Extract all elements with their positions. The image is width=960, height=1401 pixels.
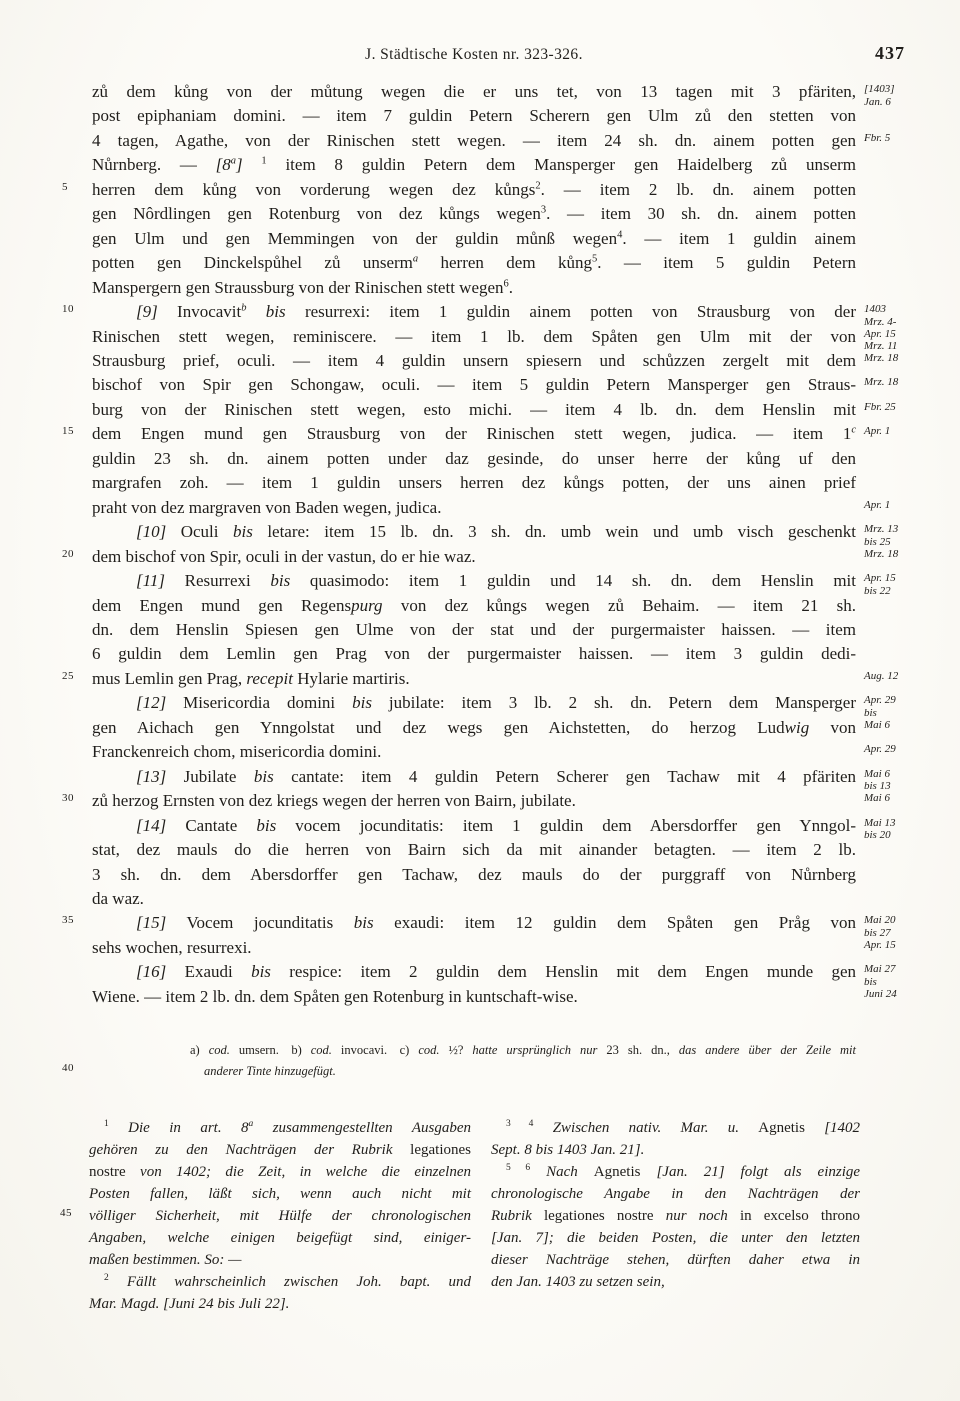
text-line: Apr. 15bis 22[11] Resurrexi bis quasimod… [92,569,856,593]
margin-date-note: Fbr. 5 [864,132,960,145]
text-segment: resurrexi: item 1 guldin ainem potten vo… [286,302,856,321]
text-line: Mrz. 13bis 25[10] Oculi bis letare: item… [92,520,856,544]
margin-date-note: Apr. 1 [864,499,960,512]
text-line: a) cod. umsern. b) cod. invocavi. c) cod… [190,1040,856,1061]
text-line: potten gen Dinckelspůhel zů unserma herr… [92,251,856,275]
text-segment: Cantate [166,816,256,835]
text-segment: [9] [136,302,158,321]
text-line: Apr. 29bis[12] Misericordia domini bis j… [92,691,856,715]
text-segment: Manspergern gen Straussburg von der Rini… [92,278,504,297]
text-line: post epiphaniam domini. — item 7 guldin … [92,104,856,128]
line-number: 5 [62,182,68,193]
text-line: gen Ulm und gen Memmingen von der guldin… [92,227,856,251]
text-line: 3 4 Zwischen nativ. Mar. u. Agnetis [140… [491,1117,860,1139]
text-line: Mrz. 18Strausburg prief, oculi. — item 4… [92,349,856,373]
text-segment: [10] [136,522,166,541]
text-segment: bis [266,302,286,321]
text-line: gen Nôrdlingen gen Rotenburg von dez kůn… [92,202,856,226]
text-segment: [15] [136,913,166,932]
book-page: J. Städtische Kosten nr. 323-326. 437 [1… [0,0,960,1401]
footnote-column-right: 3 4 Zwischen nativ. Mar. u. Agnetis [140… [491,1117,860,1293]
footnote-reference: c [851,425,856,436]
text-segment: quasimodo: item 1 guldin und 14 sh. dn. … [290,571,856,590]
margin-date-line: Mrz. 18 [864,376,960,389]
text-segment: dem Engen mund gen Strausburg von der Ri… [92,424,851,443]
margin-date-note: Mai 20bis 27 [864,914,960,940]
text-segment: stat, dez mauls do die herren von Bairn … [92,840,856,859]
text-line: margrafen zoh. — item 1 guldin unsers he… [92,471,856,495]
text-line: 2 Fällt wahrscheinlich zwischen Joh. bap… [89,1271,471,1293]
text-line: Mai 6gen Aichach gen Ynngolstat und dez … [92,716,856,740]
text-line: Mar. Magd. [Juni 24 bis Juli 22]. [89,1293,471,1315]
text-segment: [16] [136,962,166,981]
margin-date-line: Mai 13 [864,817,960,830]
line-number: 10 [62,304,74,315]
text-segment: Mar. Magd. [Juni 24 bis Juli 22]. [89,1296,289,1312]
margin-date-note: 1403Mrz. 4- [864,303,960,329]
text-line: Mai 6bis 13[13] Jubilate bis cantate: it… [92,765,856,789]
line-number: 15 [62,426,74,437]
text-segment: umsern. b) [230,1043,311,1057]
text-segment: [14] [136,816,166,835]
text-segment: Angaben, welche einigen beigefügt sind, … [89,1230,471,1246]
text-line: 35Mai 20bis 27[15] Vocem jocunditatis bi… [92,911,856,935]
text-segment: a) [190,1043,209,1057]
text-segment: guldin 23 sh. dn. ainem potten under daz… [92,449,856,468]
text-segment: zusammengestellten Ausgaben [253,1120,471,1136]
text-segment: Jubilate [166,767,254,786]
margin-date-line: bis 22 [864,585,960,598]
margin-date-note: Mrz. 13bis 25 [864,523,960,549]
text-segment: Zwischen nativ. Mar. u. [553,1120,759,1136]
margin-date-line: Mrz. 18 [864,548,960,561]
text-segment: Wiene. — item 2 lb. dn. dem Spåten gen R… [92,987,578,1006]
text-line: 5herren dem kůng von vorderung wegen dez… [92,178,856,202]
text-segment: in excelso throno [740,1208,860,1224]
text-segment: Agnetis [758,1120,824,1136]
footnote-reference: 3 4 [506,1119,533,1129]
text-segment: 6 guldin dem Lemlin gen Prag von der pur… [92,644,856,663]
text-segment: herren dem kůng [418,253,592,272]
text-segment: Strausburg prief, oculi. — item 4 guldin… [92,351,856,370]
margin-date-note: Apr. 1 [864,425,960,438]
text-line: Fbr. 25burg von der Rinischen stett wege… [92,398,856,422]
text-line: 40anderer Tinte hinzugefügt. [190,1061,856,1082]
text-segment: völliger Sicherheit, mit Hülfe der chron… [89,1208,471,1224]
line-number: 20 [62,549,74,560]
margin-date-note: Mrz. 18 [864,352,960,365]
text-line: dieser Nachträge stehen, dürften daher e… [491,1249,860,1271]
text-segment: [1402 [824,1120,860,1136]
text-segment: [13] [136,767,166,786]
text-segment: cantate: item 4 guldin Petern Scherer ge… [274,767,856,786]
text-line: dn. dem Henslin Spiesen gen Ulme von der… [92,618,856,642]
text-segment: anderer Tinte hinzugefügt. [204,1064,336,1078]
text-segment: Resurrexi [165,571,270,590]
text-segment: [8 [216,155,231,174]
text-segment: cod. [311,1043,332,1057]
text-line: Fbr. 54 tagen, Agathe, von der Rinischen… [92,129,856,153]
text-segment: [11] [136,571,165,590]
text-line: maßen bestimmen. So: — [89,1249,471,1271]
margin-date-line: Juni 24 [864,988,960,1001]
text-line: 5 6 Nach Agnetis [Jan. 21] folgt als ein… [491,1161,860,1183]
text-segment: Rinischen stett wegen, reminiscere. — it… [92,327,856,346]
text-segment: mus Lemlin gen Prag, [92,669,246,688]
text-segment: Invocavit [158,302,242,321]
text-segment: das andere über der Zeile mit [679,1043,856,1057]
text-segment: bis [256,816,276,835]
text-segment: chronologische Angabe in den Nachträgen … [491,1186,860,1202]
margin-date-line: Apr. 1 [864,499,960,512]
text-segment: exaudi: item 12 guldin dem Spåten gen Pr… [374,913,856,932]
text-line: 101403Mrz. 4-[9] Invocavitb bis resurrex… [92,300,856,324]
text-segment: sehs wochen, resurrexi. [92,938,252,957]
text-segment: [Jan. 21] folgt als einzige [656,1164,860,1180]
margin-date-line: [1403] [864,83,960,96]
running-title: J. Städtische Kosten nr. 323-326. [92,46,856,64]
text-line: Apr. 15Mrz. 11Rinischen stett wegen, rem… [92,325,856,349]
text-line: Apr. 1praht von dez margraven von Baden … [92,496,856,520]
margin-date-note: Mrz. 18 [864,376,960,389]
text-segment: recepit [246,669,293,688]
text-segment: dn. dem Henslin Spiesen gen Ulme von der… [92,620,856,639]
margin-date-line: Mai 20 [864,914,960,927]
margin-date-note: Aug. 12 [864,670,960,683]
text-line: den Jan. 1403 zu setzen sein, [491,1271,860,1293]
text-segment: legationes [410,1142,471,1158]
page-number: 437 [875,43,905,64]
text-segment: von 1402; die Zeit, in welche die einzel… [140,1164,471,1180]
text-line: Sept. 8 bis 1403 Jan. 21]. [491,1139,860,1161]
text-line: 20Mrz. 18dem bischof von Spir, oculi in … [92,545,856,569]
margin-date-note: Apr. 15Mrz. 11 [864,328,960,354]
text-segment: gehören zu den Nachträgen der Rubrik [89,1142,410,1158]
text-segment: [12] [136,693,166,712]
margin-date-line: Apr. 15 [864,328,960,341]
text-line: Juni 24Wiene. — item 2 lb. dn. dem Spåte… [92,985,856,1009]
text-segment: invocavi. c) [332,1043,418,1057]
text-segment: den Jan. 1403 zu setzen sein, [491,1274,665,1290]
text-line: Apr. 15sehs wochen, resurrexi. [92,936,856,960]
text-segment: item 8 guldin Petern dem Mansperger gen … [267,155,856,174]
text-segment [533,1120,552,1136]
margin-date-line: Aug. 12 [864,670,960,683]
margin-date-note: [1403]Jan. 6 [864,83,960,109]
margin-date-line: Apr. 29 [864,694,960,707]
text-line: stat, dez mauls do die herren von Bairn … [92,838,856,862]
text-segment: wig [785,718,810,737]
text-segment: herren dem kůng von vorderung wegen dez … [92,180,535,199]
text-segment: letare: item 15 lb. dn. 3 sh. dn. umb we… [253,522,856,541]
text-line: Posten fallen, läßt sich, wenn auch nich… [89,1183,471,1205]
line-number: 35 [62,915,74,926]
line-number: 30 [62,793,74,804]
text-segment: bis [254,767,274,786]
text-segment: praht von dez margraven von Baden wegen,… [92,498,441,517]
text-line: Mai 13bis 20[14] Cantate bis vocem jocun… [92,814,856,838]
text-segment: gen Aichach gen Ynngolstat und dez wegs … [92,718,785,737]
margin-date-line: Mai 27 [864,963,960,976]
text-segment: Agnetis [594,1164,657,1180]
text-segment: bis [270,571,290,590]
text-line: da waz. [92,887,856,911]
text-line: 6 guldin dem Lemlin gen Prag von der pur… [92,642,856,666]
text-segment: bis [352,693,372,712]
text-segment: bischof von Spir gen Schongaw, oculi. — … [92,375,856,394]
text-line: Apr. 29Franckenreich chom, misericordia … [92,740,856,764]
text-line: 1 Die in art. 8a zusammengestellten Ausg… [89,1117,471,1139]
margin-date-line: Fbr. 25 [864,401,960,414]
text-segment: Vocem jocunditatis [166,913,354,932]
text-segment: Oculi [166,522,233,541]
text-segment: burg von der Rinischen stett wegen, esto… [92,400,856,419]
margin-date-line: Mai 6 [864,719,960,732]
text-segment: bis [251,962,271,981]
margin-date-line: Mrz. 13 [864,523,960,536]
text-segment: nostre [89,1164,140,1180]
text-line: dem Engen mund gen Regenspurg von dez ků… [92,594,856,618]
text-segment: margrafen zoh. — item 1 guldin unsers he… [92,473,856,492]
line-number: 25 [62,671,74,682]
text-line: Mai 27bis[16] Exaudi bis respice: item 2… [92,960,856,984]
text-segment: legationes nostre [544,1208,666,1224]
text-line: chronologische Angabe in den Nachträgen … [491,1183,860,1205]
text-line: 30Mai 6zů herzog Ernsten von dez kriegs … [92,789,856,813]
text-segment: dem bischof von Spir, oculi in der vastu… [92,547,476,566]
text-segment: zů herzog Ernsten von dez kriegs wegen d… [92,791,576,810]
margin-date-line: 1403 [864,303,960,316]
margin-date-line: Apr. 29 [864,743,960,756]
text-segment: 3 sh. dn. dem Abersdorffer gen Tachaw, d… [92,865,856,884]
text-line: [1403]Jan. 6zů dem kůng von der můtung w… [92,80,856,104]
text-segment [243,155,262,174]
text-segment: gen Ulm und gen Memmingen von der guldin… [92,229,617,248]
text-segment: respice: item 2 guldin dem Henslin mit d… [271,962,856,981]
main-text-block: [1403]Jan. 6zů dem kůng von der můtung w… [92,80,856,1009]
text-segment: Franckenreich chom, misericordia domini. [92,742,381,761]
text-line: [Jan. 7]; die beiden Posten, die unter d… [491,1227,860,1249]
page-header: J. Städtische Kosten nr. 323-326. 437 [92,46,905,74]
text-segment: Nach [546,1164,594,1180]
text-line: 25Aug. 12mus Lemlin gen Prag, recepit Hy… [92,667,856,691]
text-segment [109,1120,128,1136]
text-line: Mrz. 18bischof von Spir gen Schongaw, oc… [92,373,856,397]
text-segment: bis [233,522,253,541]
text-segment: hatte ursprünglich nur [472,1043,597,1057]
margin-date-line: Mai 6 [864,768,960,781]
text-segment: Fällt wahrscheinlich zwischen Joh. bapt.… [127,1274,471,1290]
margin-date-note: Apr. 29 [864,743,960,756]
margin-date-note: Mai 6 [864,792,960,805]
text-line: guldin 23 sh. dn. ainem potten under daz… [92,447,856,471]
text-segment [109,1274,127,1290]
text-segment: potten gen Dinckelspůhel zů unserm [92,253,413,272]
text-segment: [Jan. 7]; die beiden Posten, die unter d… [491,1230,860,1246]
critical-apparatus: a) cod. umsern. b) cod. invocavi. c) cod… [190,1040,856,1082]
text-segment: dem Engen mund gen Regens [92,596,351,615]
margin-date-note: Apr. 15 [864,939,960,952]
text-line: gehören zu den Nachträgen der Rubrik leg… [89,1139,471,1161]
text-segment: jubilate: item 3 lb. 2 sh. dn. Petern de… [372,693,856,712]
footnote-reference: 5 6 [506,1163,530,1173]
text-segment: . — item 2 lb. dn. ainem potten [541,180,856,199]
margin-date-note: Mrz. 18 [864,548,960,561]
text-segment: . [509,278,513,297]
footnote-column-left: 1 Die in art. 8a zusammengestellten Ausg… [89,1117,471,1315]
text-segment: 23 sh. dn., [597,1043,678,1057]
text-line: nostre von 1402; die Zeit, in welche die… [89,1161,471,1183]
text-segment: Hylarie martiris. [293,669,410,688]
text-segment: Nůrnberg. — [92,155,216,174]
text-segment: 4 tagen, Agathe, von der Rinischen stett… [92,131,856,150]
margin-date-note: Apr. 29bis [864,694,960,720]
text-segment: Exaudi [166,962,251,981]
margin-date-line: bis 20 [864,829,960,842]
text-segment: gen Nôrdlingen gen Rotenburg von dez kůn… [92,204,541,223]
text-segment: Misericordia domini [166,693,352,712]
margin-date-line: Mrz. 18 [864,352,960,365]
text-segment [530,1164,546,1180]
text-line: 3 sh. dn. dem Abersdorffer gen Tachaw, d… [92,863,856,887]
text-segment: ½? [440,1043,473,1057]
text-segment: . — item 1 guldin ainem [622,229,856,248]
margin-date-line: Apr. 15 [864,939,960,952]
text-segment: Sept. 8 bis 1403 Jan. 21]. [491,1142,644,1158]
margin-date-line: Fbr. 5 [864,132,960,145]
text-segment: Die in art. 8 [128,1120,248,1136]
text-segment: cod. [418,1043,439,1057]
text-line: 15Apr. 1dem Engen mund gen Strausburg vo… [92,422,856,446]
text-line: Nůrnberg. — [8a] 1 item 8 guldin Petern … [92,153,856,177]
margin-date-note: Mai 13bis 20 [864,817,960,843]
text-segment: . — item 30 sh. dn. ainem potten [546,204,856,223]
margin-date-note: Fbr. 25 [864,401,960,414]
text-segment: purg [351,596,383,615]
margin-date-note: Mai 6 [864,719,960,732]
text-segment: zů dem kůng von der můtung wegen die er … [92,82,856,101]
text-segment: Posten fallen, läßt sich, wenn auch nich… [89,1186,471,1202]
text-segment: post epiphaniam domini. — item 7 guldin … [92,106,856,125]
line-number: 40 [62,1063,74,1074]
margin-date-line: Jan. 6 [864,96,960,109]
text-line: Manspergern gen Straussburg von der Rini… [92,276,856,300]
text-line: Angaben, welche einigen beigefügt sind, … [89,1227,471,1249]
text-segment: ] [236,155,243,174]
text-segment: nur noch [666,1208,740,1224]
margin-date-note: Apr. 15bis 22 [864,572,960,598]
margin-date-note: Mai 6bis 13 [864,768,960,794]
margin-date-line: Mai 6 [864,792,960,805]
text-segment: da waz. [92,889,144,908]
text-segment: von [809,718,856,737]
text-segment: . — item 5 guldin Petern [597,253,856,272]
text-line: Rubrik legationes nostre nur noch in exc… [491,1205,860,1227]
margin-date-note: Mai 27bis [864,963,960,989]
margin-date-line: Apr. 1 [864,425,960,438]
text-segment: Rubrik [491,1208,544,1224]
margin-date-line: Apr. 15 [864,572,960,585]
text-segment: dieser Nachträge stehen, dürften daher e… [491,1252,860,1268]
text-segment: vocem jocunditatis: item 1 guldin dem Ab… [276,816,856,835]
text-segment: maßen bestimmen. So: — [89,1252,241,1268]
text-segment [246,302,265,321]
text-line: 45völliger Sicherheit, mit Hülfe der chr… [89,1205,471,1227]
line-number: 45 [60,1208,72,1219]
margin-date-note: Juni 24 [864,988,960,1001]
text-segment: von dez kůngs wegen zů Behaim. — item 21… [383,596,856,615]
text-segment: bis [354,913,374,932]
text-segment: cod. [209,1043,230,1057]
